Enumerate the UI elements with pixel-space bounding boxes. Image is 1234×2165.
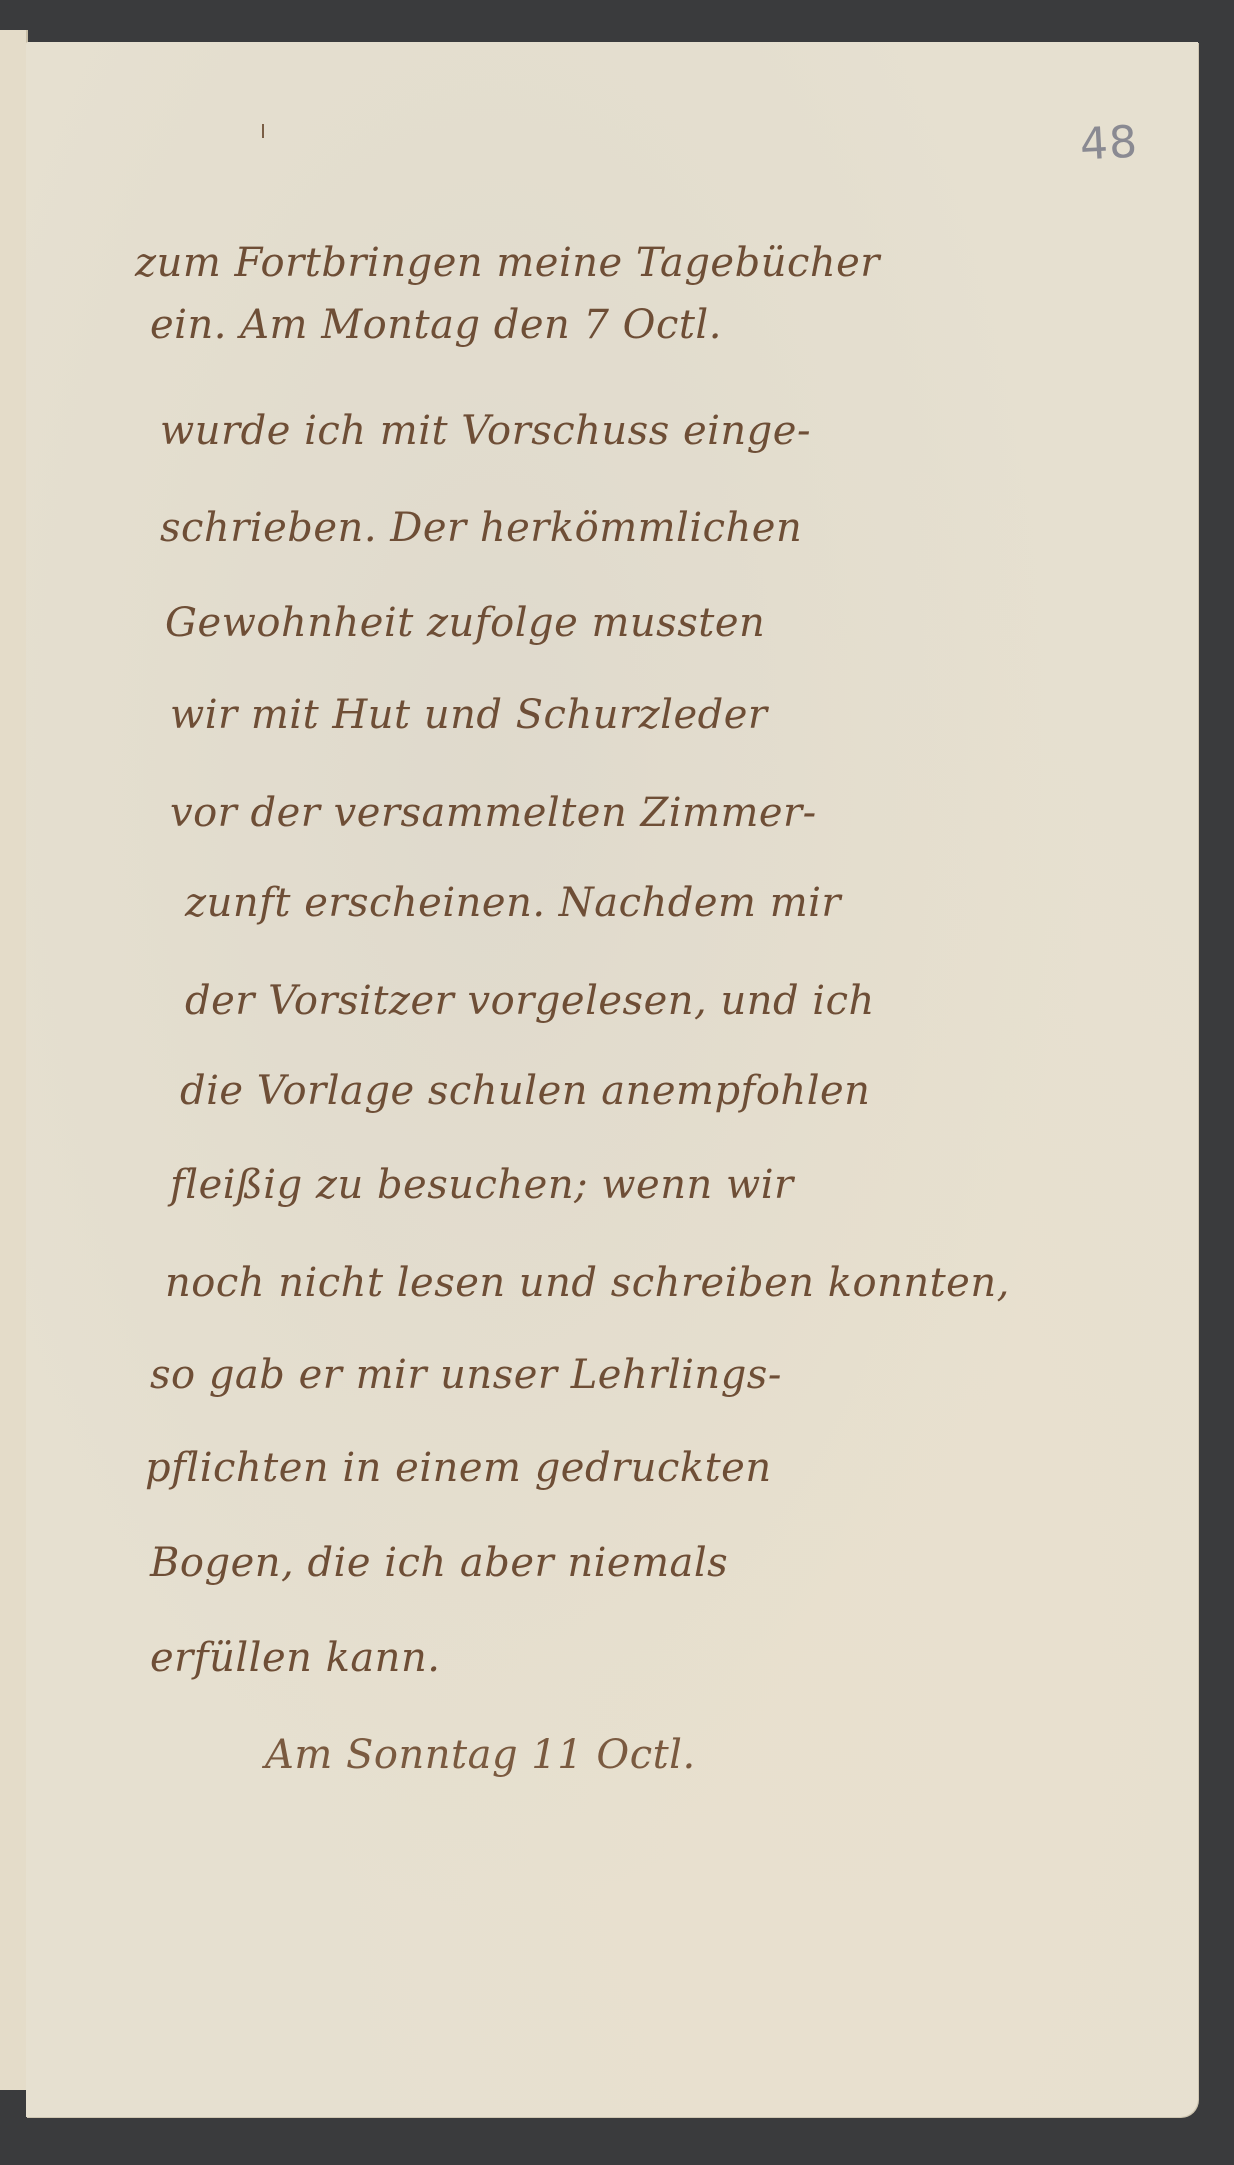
text-line-1: zum Fortbringen meine Tagebücher [135,240,880,286]
text-line-11: fleißig zu besuchen; wenn wir [170,1162,794,1208]
text-line-15: Bogen, die ich aber niemals [150,1540,728,1586]
folio-number: 48 [1079,117,1140,171]
ink-mark [262,124,264,138]
text-line-5: Gewohnheit zufolge mussten [165,600,765,646]
text-line-2: ein. Am Montag den 7 Octl. [150,302,722,348]
text-line-13: so gab er mir unser Lehrlings- [150,1352,782,1398]
text-line-9: der Vorsitzer vorgelesen, und ich [185,978,875,1024]
text-line-3: wurde ich mit Vorschuss einge- [160,408,811,454]
text-line-12: noch nicht lesen und schreiben konnten, [165,1260,1010,1306]
text-line-16: erfüllen kann. [150,1635,440,1681]
text-line-8: zunft erscheinen. Nachdem mir [185,880,841,926]
text-line-6: wir mit Hut und Schurzleder [170,692,768,738]
text-line-14: pflichten in einem gedruckten [145,1445,772,1491]
entry-date-heading: Am Sonntag 11 Octl. [265,1732,696,1778]
text-line-4: schrieben. Der herkömmlichen [160,505,802,551]
text-line-7: vor der versammelten Zimmer- [170,790,817,836]
text-line-10: die Vorlage schulen anempfohlen [180,1068,870,1114]
previous-page-edge [0,30,28,2090]
